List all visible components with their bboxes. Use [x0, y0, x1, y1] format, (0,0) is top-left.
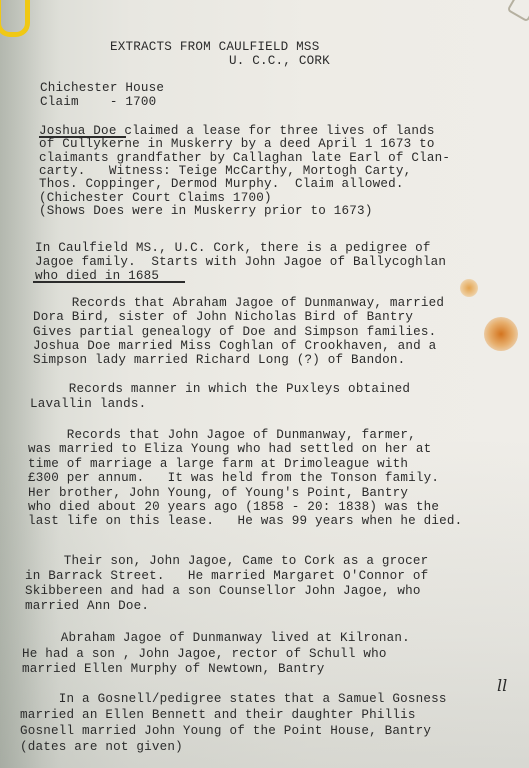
text-line: (Chichester Court Claims 1700)	[39, 191, 272, 205]
text-line: claimants grandfather by Callaghan late …	[39, 151, 450, 165]
text-line: Simpson lady married Richard Long (?) of…	[33, 353, 405, 367]
text-line: (Shows Does were in Muskerry prior to 16…	[39, 204, 373, 218]
text-line: time of marriage a large farm at Drimole…	[28, 457, 408, 471]
text-line: married Ellen Murphy of Newtown, Bantry	[22, 662, 325, 676]
folded-corner	[507, 0, 529, 22]
text-line: £300 per annum. It was held from the Ton…	[28, 471, 439, 485]
document-subtitle: U. C.C., CORK	[229, 54, 330, 68]
text-line: Their son, John Jagoe, Came to Cork as a…	[25, 554, 428, 568]
text-line: Lavallin lands.	[30, 397, 146, 411]
text-line: Records that John Jagoe of Dunmanway, fa…	[28, 428, 416, 442]
text-line: In Caulfield MS., U.C. Cork, there is a …	[35, 241, 431, 255]
document-title: EXTRACTS FROM CAULFIELD MSS	[110, 40, 319, 54]
underline-died-1685	[33, 281, 185, 283]
handwritten-annotation: ll	[497, 676, 507, 695]
stain-small	[460, 279, 478, 297]
text-line: carty. Witness: Teige McCarthy, Mortogh …	[39, 164, 411, 178]
text-line: Her brother, John Young, of Young's Poin…	[28, 486, 408, 500]
text-line: Gives partial genealogy of Doe and Simps…	[33, 325, 436, 339]
text-line: in Barrack Street. He married Margaret O…	[25, 569, 428, 583]
text-line: Abraham Jagoe of Dunmanway lived at Kilr…	[22, 631, 410, 645]
text-line: Gosnell married John Young of the Point …	[20, 724, 431, 738]
text-line: Records that Abraham Jagoe of Dunmanway,…	[33, 296, 444, 310]
text-line: married Ann Doe.	[25, 599, 149, 613]
text-line: Dora Bird, sister of John Nicholas Bird …	[33, 310, 413, 324]
stain-large	[484, 317, 518, 351]
source-date: Claim - 1700	[40, 95, 156, 109]
text-line: Records manner in which the Puxleys obta…	[30, 382, 410, 396]
text-line: Joshua Doe married Miss Coghlan of Crook…	[33, 339, 436, 353]
text-line: last life on this lease. He was 99 years…	[28, 514, 462, 528]
text-line: Skibbereen and had a son Counsellor John…	[25, 584, 421, 598]
text-line: who died about 20 years ago (1858 - 20: …	[28, 500, 439, 514]
text-line: Thos. Coppinger, Dermod Murphy. Claim al…	[39, 177, 404, 191]
text-line: In a Gosnell/pedigree states that a Samu…	[20, 692, 447, 706]
typewritten-page: EXTRACTS FROM CAULFIELD MSS U. C.C., COR…	[0, 0, 529, 768]
text-line: (dates are not given)	[20, 740, 183, 754]
underline-joshua-doe	[39, 136, 126, 138]
text-line: of Cullykerne in Muskerry by a deed Apri…	[39, 137, 435, 151]
source-heading: Chichester House	[40, 81, 164, 95]
text-line: was married to Eliza Young who had settl…	[28, 442, 431, 456]
text-line: He had a son , John Jagoe, rector of Sch…	[22, 647, 387, 661]
text-line: Jagoe family. Starts with John Jagoe of …	[35, 255, 446, 269]
paperclip	[0, 0, 30, 37]
text-line: married an Ellen Bennett and their daugh…	[20, 708, 416, 722]
